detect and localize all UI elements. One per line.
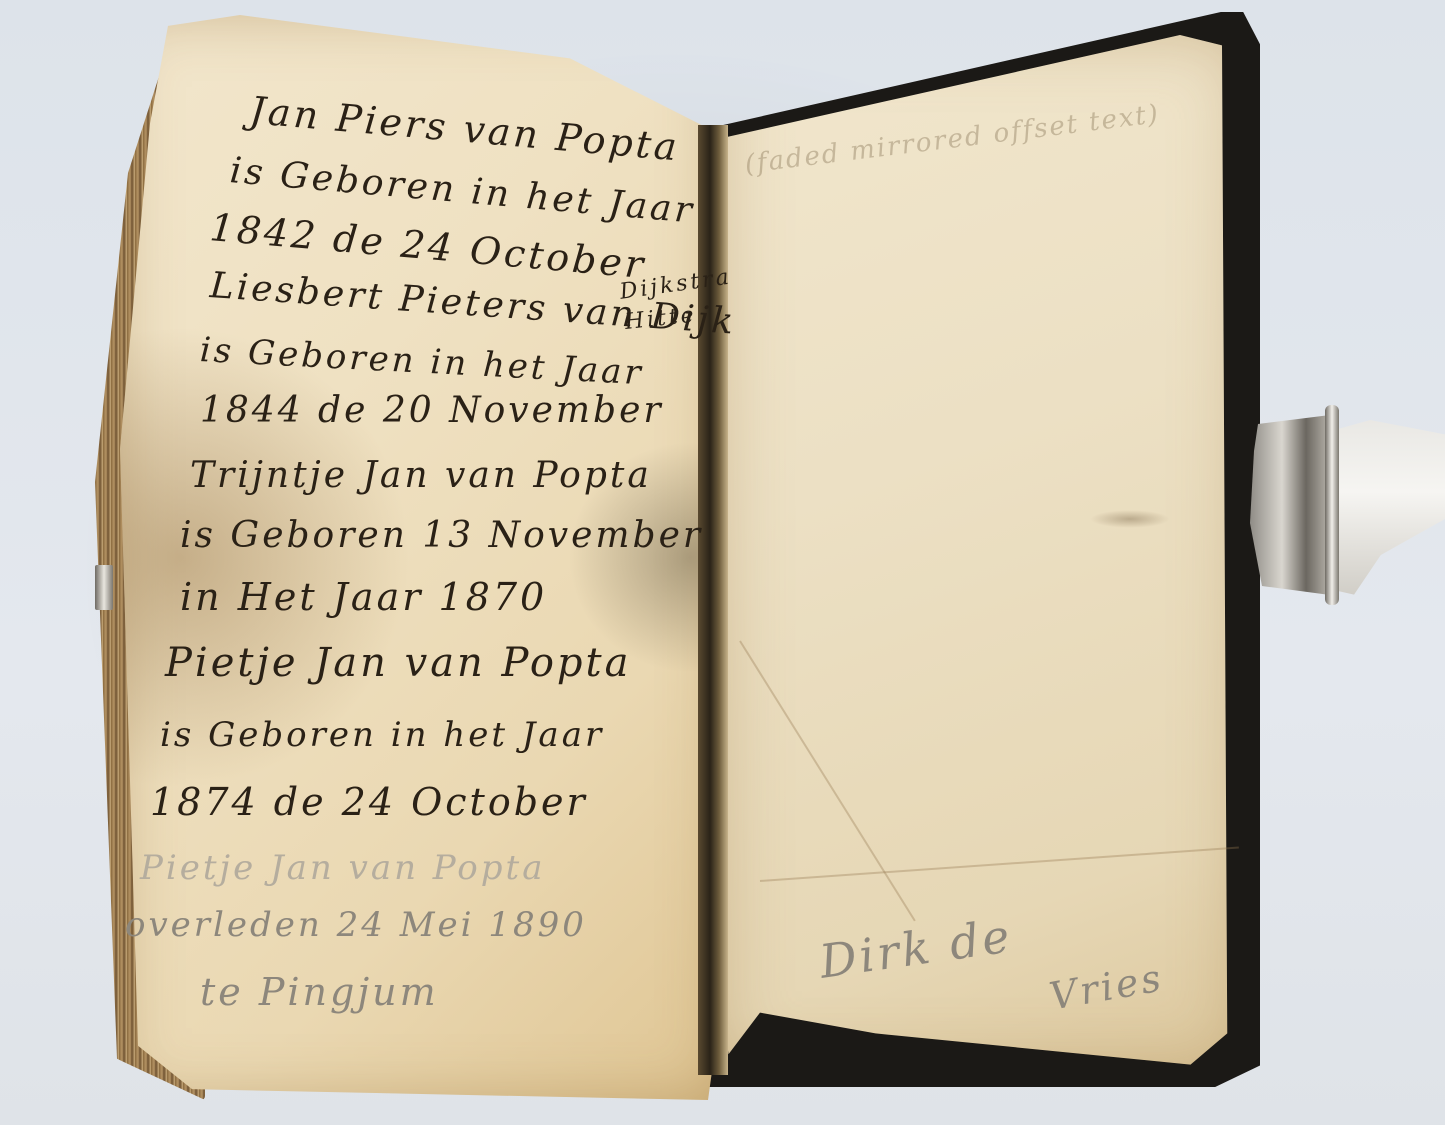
handwritten-line: Trijntje Jan van Popta bbox=[190, 455, 652, 496]
left-clasp-catch bbox=[95, 565, 113, 610]
handwritten-line: 1844 de 20 November bbox=[200, 390, 664, 431]
handwritten-line: 1874 de 24 October bbox=[150, 780, 588, 824]
pencil-line: Pietje Jan van Popta bbox=[140, 848, 545, 888]
handwritten-line: is Geboren 13 November bbox=[180, 515, 703, 556]
clasp-hinge-pin bbox=[1325, 405, 1339, 605]
handwritten-line: in Het Jaar 1870 bbox=[180, 575, 547, 619]
silver-clasp-arm bbox=[1338, 420, 1445, 600]
pencil-line: overleden 24 Mei 1890 bbox=[125, 905, 587, 945]
handwritten-line: Pietje Jan van Popta bbox=[165, 640, 631, 686]
paper-stain bbox=[1090, 510, 1170, 528]
pencil-line: te Pingjum bbox=[200, 970, 439, 1014]
clasp-hinge-plate bbox=[1250, 415, 1330, 595]
handwritten-line: is Geboren in het Jaar bbox=[160, 715, 604, 755]
